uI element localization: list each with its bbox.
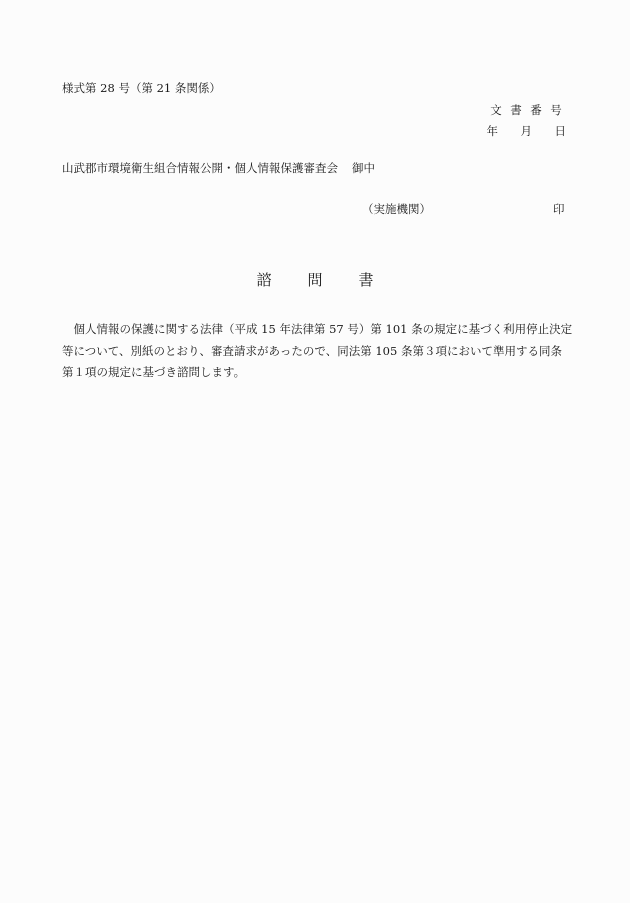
date-month: 月 (498, 121, 532, 142)
date-day: 日 (532, 121, 566, 142)
doc-number-char: 文 (486, 100, 506, 121)
addressee-name: 山武郡市環境衛生組合情報公開・個人情報保護審査会 (62, 161, 338, 175)
title-char: 書 (359, 269, 374, 290)
title-char: 諮 (256, 269, 271, 290)
body-paragraph: 個人情報の保護に関する法律（平成 15 年法律第 57 号）第 101 条の規定… (62, 319, 572, 384)
body-line: 第１項の規定に基づき諮問します。 (62, 362, 572, 384)
body-line: 個人情報の保護に関する法律（平成 15 年法律第 57 号）第 101 条の規定… (62, 319, 572, 341)
title-char: 問 (307, 269, 322, 290)
doc-number-char: 書 (506, 100, 526, 121)
date-year: 年 (464, 121, 498, 142)
doc-number-char: 番 (526, 100, 546, 121)
body-line: 等について、別紙のとおり、審査請求があったので、同法第 105 条第３項において… (62, 341, 572, 363)
document-page: 様式第 28 号（第 21 条関係） 文書番号 年月日 山武郡市環境衛生組合情報… (0, 0, 630, 903)
addressee-honorific: 御中 (352, 161, 375, 175)
document-number-label: 文書番号 (464, 100, 566, 121)
doc-number-char: 号 (546, 100, 566, 121)
document-meta: 文書番号 年月日 (464, 100, 566, 142)
addressee: 山武郡市環境衛生組合情報公開・個人情報保護審査会御中 (62, 160, 375, 176)
seal-label: 印 (553, 201, 565, 217)
form-number: 様式第 28 号（第 21 条関係） (62, 80, 221, 96)
document-title: 諮問書 (0, 269, 630, 290)
date-label: 年月日 (464, 121, 566, 142)
agency-label: （実施機関） (362, 201, 431, 217)
